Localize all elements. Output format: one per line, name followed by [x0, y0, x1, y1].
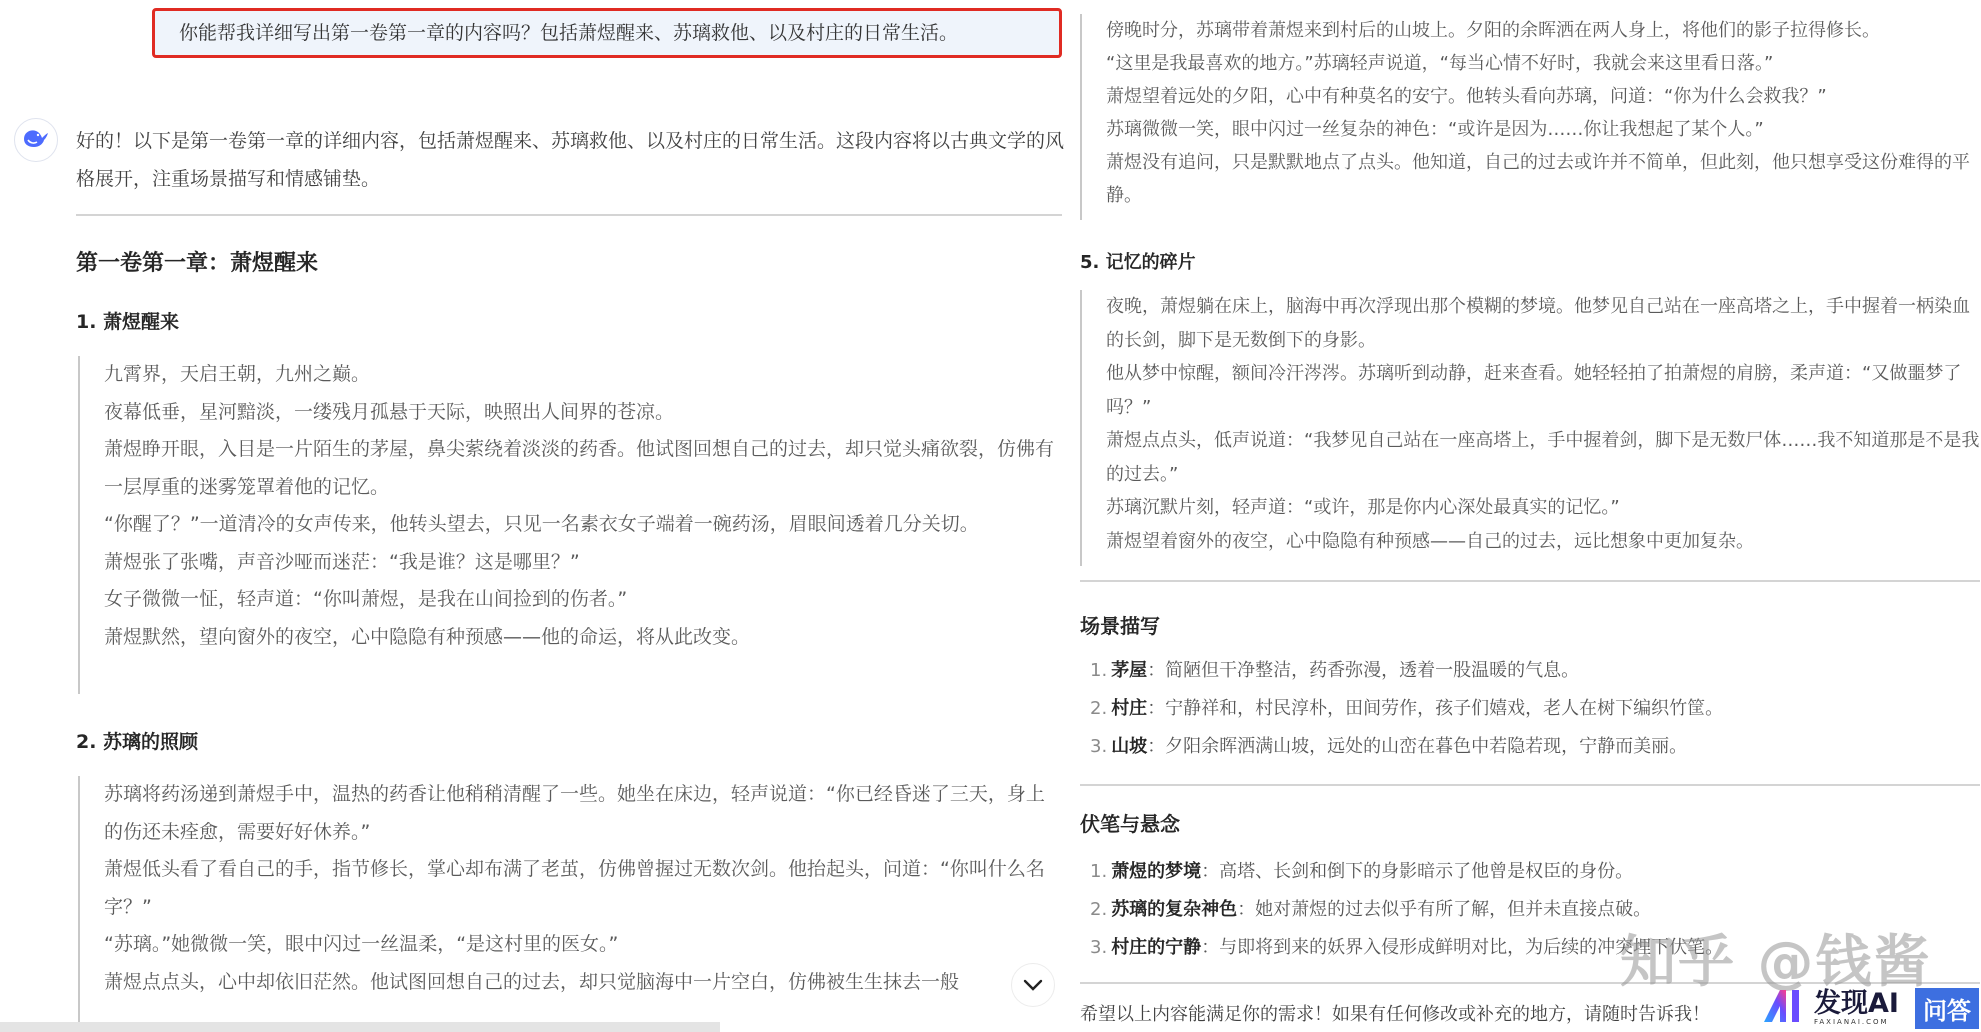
brand-name: 发现AI FAXIANAI.COM — [1814, 990, 1899, 1026]
paragraph: 傍晚时分，苏璃带着萧煜来到村后的山坡上。夕阳的余晖洒在两人身上，将他们的影子拉得… — [1106, 14, 1980, 47]
paragraph: “你醒了？”一道清冷的女声传来，他转头望去，只见一名素衣女子端着一碗药汤，眉眼间… — [104, 506, 1060, 544]
chevron-down-icon — [1023, 976, 1043, 995]
paragraph: 萧煜点点头，心中却依旧茫然。他试图回想自己的过去，却只觉脑海中一片空白，仿佛被生… — [104, 964, 1060, 1002]
scene-list: 1.茅屋：简陋但干净整洁，药香弥漫，透着一股温暖的气息。 2.村庄：宁静祥和，村… — [1090, 652, 1723, 766]
right-panel: 傍晚时分，苏璃带着萧煜来到村后的山坡上。夕阳的余晖洒在两人身上，将他们的影子拉得… — [1072, 0, 1981, 1032]
user-message-bubble: 你能帮我详细写出第一卷第一章的内容吗？包括萧煜醒来、苏璃救他、以及村庄的日常生活… — [152, 8, 1062, 58]
paragraph: 夜晚，萧煜躺在床上，脑海中再次浮现出那个模糊的梦境。他梦见自己站在一座高塔之上，… — [1106, 290, 1980, 357]
ai-logo-icon — [1762, 988, 1806, 1028]
list-item: 3.山坡：夕阳余晖洒满山坡，远处的山峦在暮色中若隐若现，宁静而美丽。 — [1090, 728, 1723, 766]
paragraph: 萧煜望着窗外的夜空，心中隐隐有种预感——自己的过去，远比想象中更加复杂。 — [1106, 525, 1980, 559]
paragraph: 苏璃将药汤递到萧煜手中，温热的药香让他稍稍清醒了一些。她坐在床边，轻声说道：“你… — [104, 776, 1060, 851]
paragraph: 萧煜默然，望向窗外的夜空，心中隐隐有种预感——他的命运，将从此改变。 — [104, 619, 1060, 657]
user-message-text: 你能帮我详细写出第一卷第一章的内容吗？包括萧煜醒来、苏璃救他、以及村庄的日常生活… — [179, 22, 958, 44]
paragraph: 萧煜低头看了看自己的手，指节修长，掌心却布满了老茧，仿佛曾握过无数次剑。他抬起头… — [104, 851, 1060, 926]
paragraph: “苏璃。”她微微一笑，眼中闪过一丝温柔，“是这村里的医女。” — [104, 926, 1060, 964]
paragraph: 萧煜望着远处的夕阳，心中有种莫名的安宁。他转头看向苏璃，问道：“你为什么会救我？… — [1106, 80, 1980, 113]
divider — [1080, 784, 1980, 786]
watermark-text: 知乎 @钱酱 — [1620, 918, 1932, 998]
list-item: 1.萧煜的梦境：高塔、长剑和倒下的身影暗示了他曾是权臣的身份。 — [1090, 853, 1723, 891]
whale-logo-icon — [22, 127, 50, 153]
paragraph: 苏璃微微一笑，眼中闪过一丝复杂的神色：“或许是因为……你让我想起了某个人。” — [1106, 113, 1980, 146]
list-item: 1.茅屋：简陋但干净整洁，药香弥漫，透着一股温暖的气息。 — [1090, 652, 1723, 690]
paragraph: 萧煜点点头，低声说道：“我梦见自己站在一座高塔上，手中握着剑，脚下是无数尸体……… — [1106, 424, 1980, 491]
paragraph: 他从梦中惊醒，额间冷汗涔涔。苏璃听到动静，赶来查看。她轻轻拍了拍萧煜的肩膀，柔声… — [1106, 357, 1980, 424]
scroll-down-button[interactable] — [1011, 963, 1055, 1007]
divider — [76, 214, 1062, 216]
section-blockquote: 夜晚，萧煜躺在床上，脑海中再次浮现出那个模糊的梦境。他梦见自己站在一座高塔之上，… — [1080, 290, 1980, 566]
chapter-title: 第一卷第一章：萧煜醒来 — [76, 246, 318, 277]
section-heading: 5. 记忆的碎片 — [1080, 248, 1196, 274]
section-blockquote: 苏璃将药汤递到萧煜手中，温热的药香让他稍稍清醒了一些。她坐在床边，轻声说道：“你… — [78, 776, 1060, 1032]
paragraph: 萧煜张了张嘴，声音沙哑而迷茫：“我是谁？这是哪里？” — [104, 544, 1060, 582]
section-heading: 2. 苏璃的照顾 — [76, 727, 198, 754]
section-blockquote: 傍晚时分，苏璃带着萧煜来到村后的山坡上。夕阳的余晖洒在两人身上，将他们的影子拉得… — [1080, 14, 1980, 220]
scene-heading: 场景描写 — [1080, 610, 1160, 639]
paragraph: “这里是我最喜欢的地方。”苏璃轻声说道，“每当心情不好时，我就会来这里看日落。” — [1106, 47, 1980, 80]
section-heading: 1. 萧煜醒来 — [76, 307, 179, 334]
assistant-avatar — [14, 118, 58, 162]
brand-badge: 问答 — [1915, 988, 1979, 1029]
left-panel: 你能帮我详细写出第一卷第一章的内容吗？包括萧煜醒来、苏璃救他、以及村庄的日常生活… — [0, 0, 1068, 1032]
assistant-intro: 好的！以下是第一卷第一章的详细内容，包括萧煜醒来、苏璃救他、以及村庄的日常生活。… — [76, 122, 1066, 198]
brand-logo: 发现AI FAXIANAI.COM 问答 — [1762, 988, 1979, 1028]
paragraph: 萧煜睁开眼，入目是一片陌生的茅屋，鼻尖萦绕着淡淡的药香。他试图回想自己的过去，却… — [104, 431, 1060, 506]
section-blockquote: 九霄界，天启王朝，九州之巅。 夜幕低垂，星河黯淡，一缕残月孤悬于天际，映照出人间… — [78, 356, 1060, 694]
horizontal-scrollbar[interactable] — [0, 1022, 720, 1032]
divider — [1080, 580, 1980, 582]
paragraph: 女子微微一怔，轻声道：“你叫萧煜，是我在山间捡到的伤者。” — [104, 581, 1060, 619]
paragraph: 萧煜没有追问，只是默默地点了点头。他知道，自己的过去或许并不简单，但此刻，他只想… — [1106, 146, 1980, 212]
foreshadow-heading: 伏笔与悬念 — [1080, 808, 1180, 837]
list-item: 2.村庄：宁静祥和，村民淳朴，田间劳作，孩子们嬉戏，老人在树下编织竹筐。 — [1090, 690, 1723, 728]
closing-text: 希望以上内容能满足你的需求！如果有任何修改或补充的地方，请随时告诉我！ — [1080, 1000, 1710, 1026]
paragraph: 苏璃沉默片刻，轻声道：“或许，那是你内心深处最真实的记忆。” — [1106, 491, 1980, 525]
paragraph: 夜幕低垂，星河黯淡，一缕残月孤悬于天际，映照出人间界的苍凉。 — [104, 394, 1060, 432]
paragraph: 九霄界，天启王朝，九州之巅。 — [104, 356, 1060, 394]
